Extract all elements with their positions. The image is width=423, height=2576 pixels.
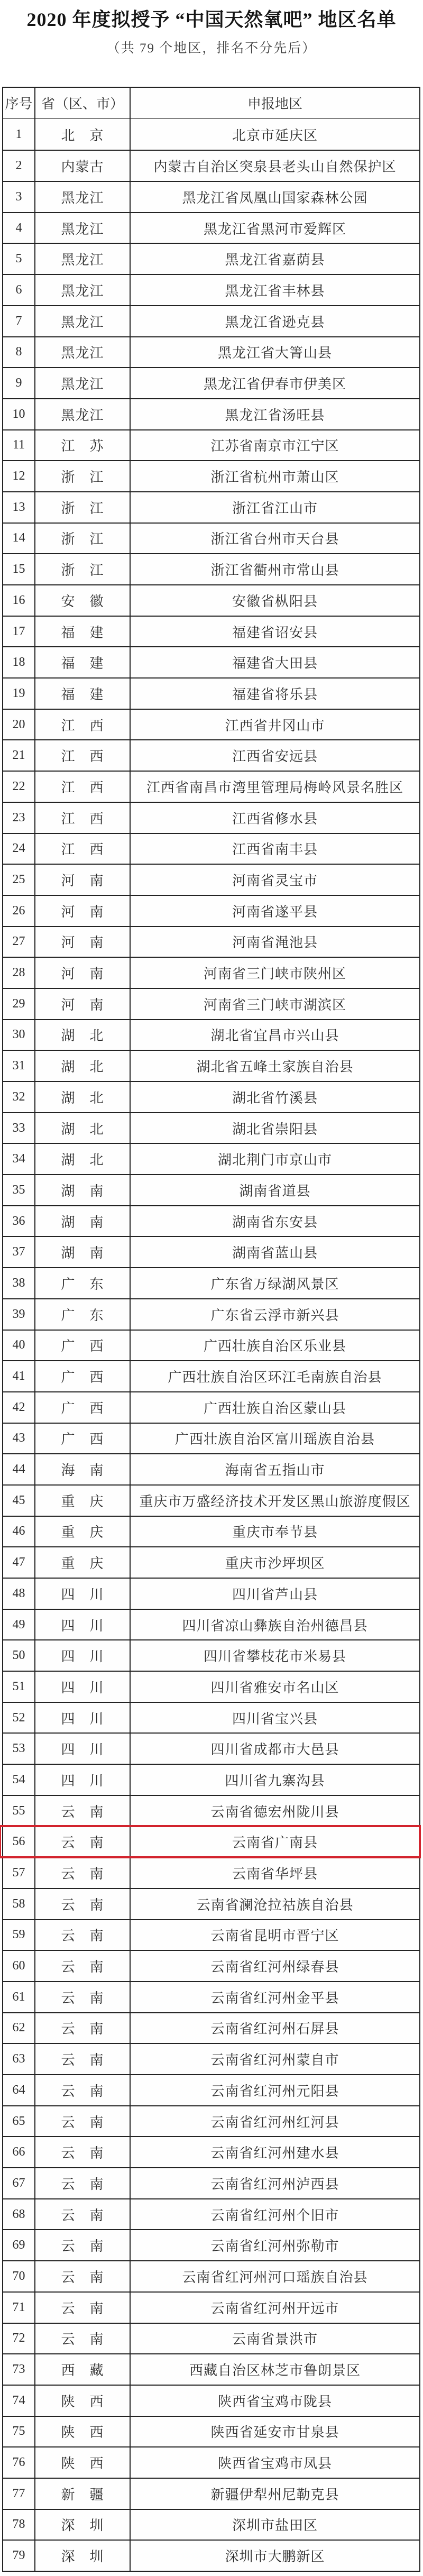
row-index-cell: 71 [3,2293,34,2323]
row-region-cell: 云南省红河州红河县 [130,2106,419,2137]
row-province-cell: 湖 北 [34,1082,130,1112]
row-region-cell: 广西壮族自治区环江毛南族自治县 [130,1361,419,1391]
table-row: 3 黑龙江 黑龙江省凤凰山国家森林公园 [3,181,419,212]
row-region-cell: 云南省红河州绿春县 [130,1951,419,1981]
table-row: 41 广 西 广西壮族自治区环江毛南族自治县 [3,1360,419,1391]
row-region-cell: 云南省红河州元阳县 [130,2075,419,2105]
row-region-cell: 湖北省崇阳县 [130,1113,419,1143]
row-region-cell: 重庆市沙坪坝区 [130,1547,419,1578]
table-row: 23 江 西 江西省修水县 [3,802,419,833]
table-row: 49 四 川 四川省凉山彝族自治州德昌县 [3,1609,419,1640]
row-province-cell: 福 建 [34,647,130,677]
row-region-cell: 云南省红河州石屏县 [130,2013,419,2043]
row-index-cell: 60 [3,1951,34,1981]
row-province-cell: 安 徽 [34,585,130,616]
row-region-cell: 云南省红河州蒙自市 [130,2044,419,2074]
row-region-cell: 江西省南丰县 [130,834,419,864]
table-header-row: 序号 省（区、市） 申报地区 [3,88,419,119]
row-index-cell: 49 [3,1610,34,1640]
row-region-cell: 内蒙古自治区突泉县老头山自然保护区 [130,151,419,181]
table-row: 42 广 西 广西壮族自治区蒙山县 [3,1391,419,1423]
table-row: 20 江 西 江西省井冈山市 [3,709,419,740]
table-row: 38 广 东 广东省万绿湖风景区 [3,1267,419,1298]
row-index-cell: 7 [3,306,34,336]
row-province-cell: 云 南 [34,2324,130,2354]
table-row: 56 云 南 云南省广南县 [3,1826,419,1857]
table-row: 19 福 建 福建省将乐县 [3,677,419,709]
page-subtitle: （共 79 个地区，排名不分先后） [0,38,423,57]
row-index-cell: 76 [3,2447,34,2478]
table-row: 58 云 南 云南省澜沧拉祜族自治县 [3,1888,419,1919]
row-province-cell: 黑龙江 [34,306,130,336]
row-index-cell: 5 [3,244,34,274]
row-region-cell: 云南省红河州弥勒市 [130,2230,419,2260]
table-row: 2 内蒙古 内蒙古自治区突泉县老头山自然保护区 [3,150,419,181]
row-province-cell: 江 苏 [34,430,130,461]
row-region-cell: 云南省昆明市晋宁区 [130,1920,419,1950]
row-region-cell: 河南省灵宝市 [130,865,419,895]
table-row: 65 云 南 云南省红河州红河县 [3,2105,419,2137]
row-index-cell: 61 [3,1982,34,2012]
row-index-cell: 69 [3,2230,34,2260]
row-province-cell: 浙 江 [34,461,130,491]
table-row: 45 重 庆 重庆市万盛经济技术开发区黑山旅游度假区 [3,1484,419,1516]
row-region-cell: 四川省芦山县 [130,1579,419,1609]
table-row: 4 黑龙江 黑龙江省黑河市爱辉区 [3,212,419,243]
row-index-cell: 11 [3,430,34,461]
row-region-cell: 云南省景洪市 [130,2324,419,2354]
row-index-cell: 66 [3,2137,34,2167]
row-index-cell: 79 [3,2541,34,2571]
row-region-cell: 云南省红河州金平县 [130,1982,419,2012]
row-index-cell: 17 [3,617,34,647]
row-region-cell: 江西省南昌市湾里管理局梅岭风景名胜区 [130,772,419,802]
table-row: 77 新 疆 新疆伊犁州尼勒克县 [3,2478,419,2509]
table-row: 26 河 南 河南省遂平县 [3,895,419,926]
row-region-cell: 新疆伊犁州尼勒克县 [130,2479,419,2509]
table-row: 71 云 南 云南省红河州开远市 [3,2291,419,2323]
row-province-cell: 河 南 [34,958,130,988]
row-region-cell: 云南省广南县 [130,1827,419,1857]
table-row: 52 四 川 四川省宝兴县 [3,1702,419,1733]
row-index-cell: 37 [3,1237,34,1267]
row-region-cell: 四川省九寨沟县 [130,1765,419,1795]
row-province-cell: 新 疆 [34,2479,130,2509]
table-row: 76 陕 西 陕西省宝鸡市凤县 [3,2446,419,2478]
row-region-cell: 广西壮族自治区富川瑶族自治县 [130,1424,419,1454]
row-province-cell: 四 川 [34,1703,130,1733]
row-province-cell: 陕 西 [34,2417,130,2447]
row-index-cell: 39 [3,1299,34,1330]
row-province-cell: 江 西 [34,803,130,833]
row-index-cell: 68 [3,2199,34,2230]
row-index-cell: 35 [3,1175,34,1205]
row-index-cell: 21 [3,740,34,771]
row-province-cell: 四 川 [34,1734,130,1764]
row-region-cell: 湖南省道县 [130,1175,419,1205]
table-row: 66 云 南 云南省红河州建水县 [3,2136,419,2167]
table-row: 61 云 南 云南省红河州金平县 [3,1981,419,2012]
table-row: 15 浙 江 浙江省衢州市常山县 [3,553,419,584]
row-province-cell: 广 西 [34,1392,130,1423]
row-province-cell: 福 建 [34,679,130,709]
table-row: 11 江 苏 江苏省南京市江宁区 [3,429,419,461]
row-region-cell: 广东省万绿湖风景区 [130,1268,419,1298]
table-row: 39 广 东 广东省云浮市新兴县 [3,1298,419,1330]
row-province-cell: 浙 江 [34,554,130,584]
row-province-cell: 云 南 [34,2137,130,2167]
table-row: 22 江 西 江西省南昌市湾里管理局梅岭风景名胜区 [3,771,419,802]
row-region-cell: 云南省红河州个旧市 [130,2199,419,2230]
row-index-cell: 56 [3,1827,34,1857]
table-row: 74 陕 西 陕西省宝鸡市陇县 [3,2385,419,2416]
row-index-cell: 25 [3,865,34,895]
table-row: 59 云 南 云南省昆明市晋宁区 [3,1919,419,1950]
row-index-cell: 73 [3,2354,34,2385]
row-province-cell: 广 西 [34,1331,130,1361]
row-region-cell: 浙江省杭州市萧山区 [130,461,419,491]
row-province-cell: 内蒙古 [34,151,130,181]
row-index-cell: 1 [3,119,34,150]
row-province-cell: 云 南 [34,2230,130,2260]
table-row: 78 深 圳 深圳市盐田区 [3,2509,419,2540]
table-row: 27 河 南 河南省渑池县 [3,926,419,957]
row-index-cell: 59 [3,1920,34,1950]
row-region-cell: 黑龙江省丰林县 [130,275,419,305]
row-province-cell: 湖 南 [34,1175,130,1205]
table-row: 67 云 南 云南省红河州泸西县 [3,2167,419,2198]
row-index-cell: 33 [3,1113,34,1143]
table-row: 53 四 川 四川省成都市大邑县 [3,1732,419,1764]
table-body: 1 北 京 北京市延庆区 2 内蒙古 内蒙古自治区突泉县老头山自然保护区 3 黑… [3,119,419,2571]
row-index-cell: 57 [3,1858,34,1888]
row-region-cell: 海南省五指山市 [130,1454,419,1484]
row-province-cell: 四 川 [34,1672,130,1702]
row-index-cell: 41 [3,1361,34,1391]
row-region-cell: 福建省将乐县 [130,679,419,709]
row-index-cell: 58 [3,1889,34,1919]
row-region-cell: 重庆市奉节县 [130,1517,419,1547]
row-region-cell: 云南省华坪县 [130,1858,419,1888]
row-index-cell: 3 [3,182,34,212]
row-province-cell: 河 南 [34,865,130,895]
table-row: 69 云 南 云南省红河州弥勒市 [3,2229,419,2260]
table-row: 7 黑龙江 黑龙江省逊克县 [3,305,419,336]
row-region-cell: 西藏自治区林芝市鲁朗景区 [130,2354,419,2385]
row-province-cell: 云 南 [34,1920,130,1950]
row-province-cell: 黑龙江 [34,244,130,274]
row-region-cell: 江苏省南京市江宁区 [130,430,419,461]
row-index-cell: 47 [3,1547,34,1578]
row-region-cell: 河南省三门峡市陕州区 [130,958,419,988]
table-row: 12 浙 江 浙江省杭州市萧山区 [3,460,419,491]
table-row: 51 四 川 四川省雅安市名山区 [3,1671,419,1702]
row-region-cell: 广东省云浮市新兴县 [130,1299,419,1330]
row-index-cell: 75 [3,2417,34,2447]
table-row: 6 黑龙江 黑龙江省丰林县 [3,274,419,305]
row-province-cell: 广 西 [34,1424,130,1454]
row-index-cell: 42 [3,1392,34,1423]
table-row: 8 黑龙江 黑龙江省大箐山县 [3,336,419,368]
row-index-cell: 32 [3,1082,34,1112]
row-province-cell: 浙 江 [34,492,130,522]
table-row: 54 四 川 四川省九寨沟县 [3,1764,419,1795]
row-region-cell: 云南省红河州建水县 [130,2137,419,2167]
table-row: 17 福 建 福建省诏安县 [3,616,419,647]
row-index-cell: 24 [3,834,34,864]
row-index-cell: 72 [3,2324,34,2354]
row-province-cell: 西 藏 [34,2354,130,2385]
table-row: 16 安 徽 安徽省枞阳县 [3,584,419,616]
header-province: 省（区、市） [34,88,130,118]
row-index-cell: 70 [3,2261,34,2291]
row-province-cell: 陕 西 [34,2447,130,2478]
row-index-cell: 64 [3,2075,34,2105]
table-row: 79 深 圳 深圳市大鹏新区 [3,2540,419,2571]
row-region-cell: 广西壮族自治区蒙山县 [130,1392,419,1423]
row-index-cell: 74 [3,2386,34,2416]
row-index-cell: 18 [3,647,34,677]
row-region-cell: 黑龙江省凤凰山国家森林公园 [130,182,419,212]
table-row: 10 黑龙江 黑龙江省汤旺县 [3,398,419,429]
table-row: 47 重 庆 重庆市沙坪坝区 [3,1546,419,1578]
row-index-cell: 16 [3,585,34,616]
row-region-cell: 四川省凉山彝族自治州德昌县 [130,1610,419,1640]
row-index-cell: 43 [3,1424,34,1454]
row-province-cell: 黑龙江 [34,275,130,305]
row-province-cell: 江 西 [34,834,130,864]
row-province-cell: 陕 西 [34,2386,130,2416]
table-row: 35 湖 南 湖南省道县 [3,1174,419,1205]
row-region-cell: 黑龙江省逊克县 [130,306,419,336]
row-index-cell: 46 [3,1517,34,1547]
row-index-cell: 65 [3,2106,34,2137]
row-region-cell: 云南省德宏州陇川县 [130,1796,419,1826]
table-row: 30 湖 北 湖北省宜昌市兴山县 [3,1019,419,1050]
row-index-cell: 31 [3,1051,34,1081]
table-row: 70 云 南 云南省红河州河口瑶族自治县 [3,2260,419,2291]
row-index-cell: 2 [3,151,34,181]
row-region-cell: 重庆市万盛经济技术开发区黑山旅游度假区 [130,1486,419,1516]
row-index-cell: 8 [3,337,34,368]
header-region: 申报地区 [130,88,419,118]
table-row: 75 陕 西 陕西省延安市甘泉县 [3,2416,419,2447]
row-index-cell: 63 [3,2044,34,2074]
row-region-cell: 湖南省东安县 [130,1206,419,1236]
row-province-cell: 四 川 [34,1579,130,1609]
row-index-cell: 55 [3,1796,34,1826]
row-province-cell: 重 庆 [34,1486,130,1516]
table-row: 50 四 川 四川省攀枝花市米易县 [3,1639,419,1671]
row-region-cell: 陕西省延安市甘泉县 [130,2417,419,2447]
row-region-cell: 黑龙江省嘉荫县 [130,244,419,274]
row-index-cell: 34 [3,1144,34,1174]
table-row: 37 湖 南 湖南省蓝山县 [3,1236,419,1267]
row-province-cell: 河 南 [34,927,130,957]
row-region-cell: 河南省三门峡市湖滨区 [130,989,419,1019]
row-region-cell: 福建省大田县 [130,647,419,677]
table-row: 40 广 西 广西壮族自治区乐业县 [3,1330,419,1361]
table-row: 9 黑龙江 黑龙江省伊春市伊美区 [3,367,419,398]
table-row: 21 江 西 江西省安远县 [3,739,419,771]
row-province-cell: 云 南 [34,1796,130,1826]
row-province-cell: 湖 南 [34,1206,130,1236]
row-province-cell: 广 西 [34,1361,130,1391]
row-index-cell: 67 [3,2168,34,2198]
row-province-cell: 深 圳 [34,2541,130,2571]
row-province-cell: 江 西 [34,710,130,740]
row-region-cell: 四川省雅安市名山区 [130,1672,419,1702]
row-province-cell: 四 川 [34,1610,130,1640]
table-row: 60 云 南 云南省红河州绿春县 [3,1950,419,1981]
row-index-cell: 50 [3,1640,34,1671]
row-region-cell: 河南省渑池县 [130,927,419,957]
row-index-cell: 51 [3,1672,34,1702]
row-region-cell: 湖北省宜昌市兴山县 [130,1020,419,1050]
row-region-cell: 四川省攀枝花市米易县 [130,1640,419,1671]
row-region-cell: 江西省修水县 [130,803,419,833]
row-region-cell: 四川省成都市大邑县 [130,1734,419,1764]
row-region-cell: 云南省红河州开远市 [130,2293,419,2323]
row-province-cell: 福 建 [34,617,130,647]
table-row: 32 湖 北 湖北省竹溪县 [3,1081,419,1112]
table-row: 33 湖 北 湖北省崇阳县 [3,1112,419,1143]
row-index-cell: 44 [3,1454,34,1484]
row-province-cell: 湖 北 [34,1113,130,1143]
row-province-cell: 黑龙江 [34,368,130,398]
table-row: 5 黑龙江 黑龙江省嘉荫县 [3,243,419,274]
row-province-cell: 云 南 [34,2013,130,2043]
row-region-cell: 河南省遂平县 [130,896,419,926]
page-title: 2020 年度拟授予 “中国天然氧吧” 地区名单 [0,0,423,32]
row-province-cell: 云 南 [34,1951,130,1981]
row-province-cell: 云 南 [34,2075,130,2105]
table-row: 64 云 南 云南省红河州元阳县 [3,2074,419,2105]
row-region-cell: 湖北省竹溪县 [130,1082,419,1112]
region-list-table: 序号 省（区、市） 申报地区 1 北 京 北京市延庆区 2 内蒙古 内蒙古自治区… [2,87,420,2572]
row-index-cell: 20 [3,710,34,740]
row-province-cell: 江 西 [34,740,130,771]
table-row: 25 河 南 河南省灵宝市 [3,864,419,895]
table-row: 72 云 南 云南省景洪市 [3,2323,419,2354]
row-province-cell: 云 南 [34,2106,130,2137]
row-region-cell: 黑龙江省伊春市伊美区 [130,368,419,398]
row-province-cell: 浙 江 [34,524,130,554]
row-index-cell: 29 [3,989,34,1019]
row-province-cell: 云 南 [34,2293,130,2323]
table-row: 1 北 京 北京市延庆区 [3,119,419,150]
row-index-cell: 62 [3,2013,34,2043]
row-index-cell: 36 [3,1206,34,1236]
table-row: 13 浙 江 浙江省江山市 [3,491,419,522]
row-province-cell: 四 川 [34,1765,130,1795]
table-row: 68 云 南 云南省红河州个旧市 [3,2198,419,2230]
row-province-cell: 云 南 [34,2199,130,2230]
row-province-cell: 湖 北 [34,1144,130,1174]
row-index-cell: 30 [3,1020,34,1050]
row-index-cell: 22 [3,772,34,802]
row-region-cell: 云南省澜沧拉祜族自治县 [130,1889,419,1919]
row-index-cell: 78 [3,2510,34,2540]
row-index-cell: 40 [3,1331,34,1361]
row-province-cell: 河 南 [34,989,130,1019]
row-province-cell: 河 南 [34,896,130,926]
table-row: 55 云 南 云南省德宏州陇川县 [3,1795,419,1826]
row-province-cell: 北 京 [34,119,130,150]
row-index-cell: 45 [3,1486,34,1516]
row-province-cell: 黑龙江 [34,213,130,243]
row-index-cell: 13 [3,492,34,522]
table-row: 43 广 西 广西壮族自治区富川瑶族自治县 [3,1423,419,1454]
row-province-cell: 云 南 [34,1982,130,2012]
row-region-cell: 湖北省五峰土家族自治县 [130,1051,419,1081]
row-region-cell: 浙江省江山市 [130,492,419,522]
table-row: 44 海 南 海南省五指山市 [3,1453,419,1484]
table-row: 57 云 南 云南省华坪县 [3,1857,419,1888]
row-province-cell: 湖 北 [34,1051,130,1081]
table-row: 73 西 藏 西藏自治区林芝市鲁朗景区 [3,2353,419,2385]
table-row: 18 福 建 福建省大田县 [3,646,419,677]
table-row: 14 浙 江 浙江省台州市天台县 [3,522,419,554]
row-index-cell: 48 [3,1579,34,1609]
scanned-notice-page: { "page": { "title": "2020 年度拟授予 “中国天然氧吧… [0,0,423,2576]
row-region-cell: 深圳市大鹏新区 [130,2541,419,2571]
row-region-cell: 黑龙江省大箐山县 [130,337,419,368]
row-province-cell: 云 南 [34,2261,130,2291]
row-province-cell: 云 南 [34,2044,130,2074]
table-row: 28 河 南 河南省三门峡市陕州区 [3,957,419,988]
row-index-cell: 19 [3,679,34,709]
row-region-cell: 浙江省台州市天台县 [130,524,419,554]
row-region-cell: 北京市延庆区 [130,119,419,150]
row-region-cell: 湖北荆门市京山市 [130,1144,419,1174]
header-index: 序号 [3,88,34,118]
row-province-cell: 海 南 [34,1454,130,1484]
row-index-cell: 9 [3,368,34,398]
row-index-cell: 28 [3,958,34,988]
row-region-cell: 深圳市盐田区 [130,2510,419,2540]
row-province-cell: 广 东 [34,1268,130,1298]
table-row: 48 四 川 四川省芦山县 [3,1578,419,1609]
row-index-cell: 53 [3,1734,34,1764]
row-region-cell: 云南省红河州河口瑶族自治县 [130,2261,419,2291]
row-province-cell: 湖 南 [34,1237,130,1267]
row-index-cell: 23 [3,803,34,833]
table-row: 62 云 南 云南省红河州石屏县 [3,2012,419,2043]
row-province-cell: 云 南 [34,2168,130,2198]
row-province-cell: 江 西 [34,772,130,802]
row-region-cell: 陕西省宝鸡市凤县 [130,2447,419,2478]
row-index-cell: 4 [3,213,34,243]
row-province-cell: 重 庆 [34,1547,130,1578]
row-province-cell: 深 圳 [34,2510,130,2540]
table-row: 29 河 南 河南省三门峡市湖滨区 [3,988,419,1019]
row-region-cell: 黑龙江省黑河市爱辉区 [130,213,419,243]
row-region-cell: 云南省红河州泸西县 [130,2168,419,2198]
row-index-cell: 12 [3,461,34,491]
table-row: 63 云 南 云南省红河州蒙自市 [3,2043,419,2074]
table-row: 46 重 庆 重庆市奉节县 [3,1516,419,1547]
row-region-cell: 江西省井冈山市 [130,710,419,740]
row-region-cell: 湖南省蓝山县 [130,1237,419,1267]
row-province-cell: 广 东 [34,1299,130,1330]
row-province-cell: 黑龙江 [34,337,130,368]
table-row: 31 湖 北 湖北省五峰土家族自治县 [3,1050,419,1081]
row-region-cell: 四川省宝兴县 [130,1703,419,1733]
table-row: 34 湖 北 湖北荆门市京山市 [3,1143,419,1174]
table-row: 24 江 西 江西省南丰县 [3,833,419,864]
row-region-cell: 安徽省枞阳县 [130,585,419,616]
